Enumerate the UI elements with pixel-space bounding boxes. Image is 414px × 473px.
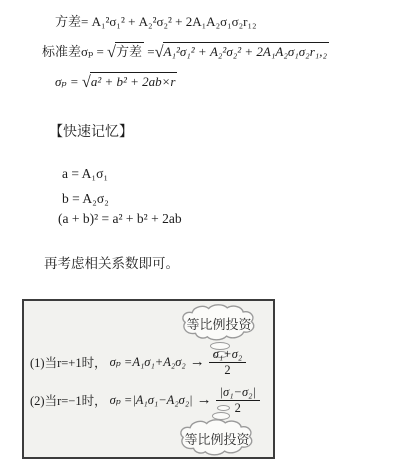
radical-1: √方差: [107, 44, 144, 59]
stddev-equals: =: [144, 44, 155, 59]
cloud-bottom-label: 等比例投资: [164, 418, 270, 458]
diagram-box: 等比例投资 (1)当r=+1时， σₚ =A₁σ₁+A₂σ₂ → σ₁+σ₂ 2…: [22, 299, 275, 459]
arrow-right-icon: →: [197, 392, 212, 409]
radical-2: √A₁²σ₁² + A₂²σ₂² + 2A₁A₂σ₁σ₂r₁,₂: [155, 44, 329, 59]
radical-3: √a² + b² + 2ab×r: [82, 74, 178, 89]
stddev-formula: 标准差σₚ = √方差 =√A₁²σ₁² + A₂²σ₂² + 2A₁A₂σ₁σ…: [42, 41, 329, 62]
case2-frac-numerator: |σ₁−σ₂|: [216, 385, 260, 401]
case1-formula: σₚ =A₁σ₁+A₂σ₂: [110, 354, 186, 370]
sigma-p-formula: σₚ = √a² + b² + 2ab×r: [55, 73, 177, 92]
memory-line-b: b = A₂σ₂: [62, 191, 109, 207]
memory-line-ab: (a + b)² = a² + b² + 2ab: [58, 211, 182, 227]
variance-formula: 方差= A₁²σ₁² + A₂²σ₂² + 2A₁A₂σ₁σ₂r₁₂: [55, 11, 257, 30]
thought-puff-icon: [217, 405, 230, 411]
note-text: 再考虑相关系数即可。: [44, 252, 179, 272]
case1-frac-numerator: σ₁+σ₂: [209, 347, 246, 363]
radicand-expanded: A₁²σ₁² + A₂²σ₂² + 2A₁A₂σ₁σ₂r₁,₂: [163, 42, 330, 59]
case1-label: (1)当r=+1时，: [30, 353, 107, 371]
stddev-prefix: 标准差σₚ =: [42, 44, 107, 59]
case1-frac-denominator: 2: [209, 363, 246, 377]
case1-row: (1)当r=+1时， σₚ =A₁σ₁+A₂σ₂ → σ₁+σ₂ 2: [30, 345, 246, 379]
variance-formula-text: 方差= A₁²σ₁² + A₂²σ₂² + 2A₁A₂σ₁σ₂r₁₂: [55, 14, 257, 29]
cloud-top: 等比例投资: [166, 303, 272, 343]
sigma-prefix: σₚ =: [55, 74, 82, 89]
document-page: 方差= A₁²σ₁² + A₂²σ₂² + 2A₁A₂σ₁σ₂r₁₂ 标准差σₚ…: [0, 0, 414, 473]
memory-line-a: a = A₁σ₁: [62, 166, 108, 182]
case2-formula: σₚ =|A₁σ₁−A₂σ₂|: [110, 392, 193, 408]
case2-label: (2)当r=−1时，: [30, 391, 107, 409]
radicand-variance: 方差: [115, 42, 144, 59]
case1-fraction: σ₁+σ₂ 2: [209, 347, 246, 377]
memory-heading: 【快速记忆】: [49, 121, 133, 141]
cloud-top-label: 等比例投资: [166, 303, 272, 343]
cloud-bottom: 等比例投资: [164, 418, 270, 458]
arrow-right-icon: →: [190, 354, 205, 371]
radicand-ab: a² + b² + 2ab×r: [90, 72, 178, 89]
